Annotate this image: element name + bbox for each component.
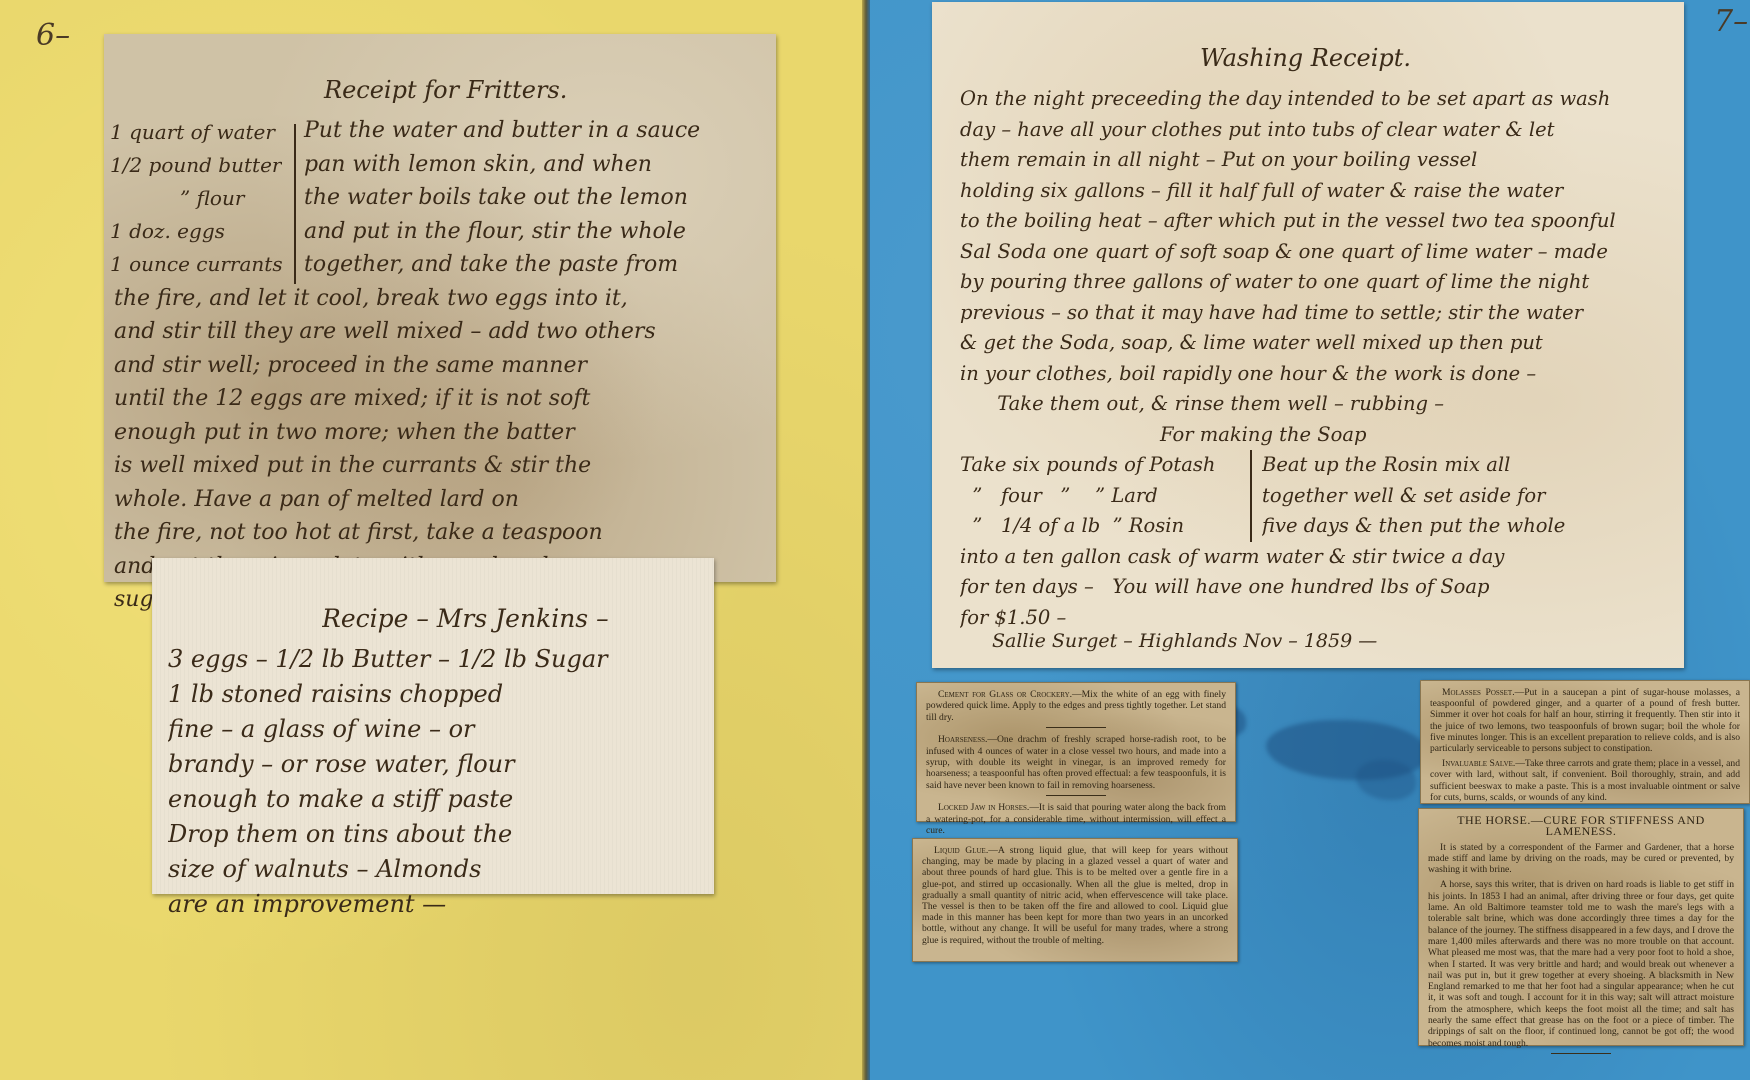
fritters-title: Receipt for Fritters. bbox=[324, 76, 567, 104]
clipping-title: THE HORSE.—CURE FOR STIFFNESS AND LAMENE… bbox=[1428, 815, 1734, 838]
recipe-line: whole. Have a pan of melted lard on bbox=[104, 483, 776, 517]
soap-instruction: together well & set aside for bbox=[1262, 481, 1565, 512]
receipt-line: for $1.50 – bbox=[960, 603, 1680, 634]
clipping-crockery-hoarseness: Cement for Glass or Crockery.—Mix the wh… bbox=[916, 682, 1236, 822]
recipe-line: fine – a glass of wine – or bbox=[168, 712, 708, 747]
receipt-line: into a ten gallon cask of warm water & s… bbox=[960, 542, 1680, 573]
water-stain bbox=[1356, 760, 1416, 800]
receipt-line: day – have all your clothes put into tub… bbox=[960, 115, 1680, 146]
washing-body: On the night preceeding the day intended… bbox=[960, 84, 1680, 633]
recipe-line: enough to make a stiff paste bbox=[168, 782, 708, 817]
recipe-line: size of walnuts – Almonds bbox=[168, 852, 708, 887]
clipping-heading: Molasses Posset. bbox=[1442, 687, 1515, 698]
page-number-left: 6– bbox=[36, 18, 70, 53]
soap-ingredient: Take six pounds of Potash bbox=[960, 450, 1250, 481]
recipe-line: brandy – or rose water, flour bbox=[168, 747, 708, 782]
divider-rule bbox=[1551, 1053, 1611, 1054]
receipt-line: holding six gallons – fill it half full … bbox=[960, 176, 1680, 207]
receipt-line: On the night preceeding the day intended… bbox=[960, 84, 1680, 115]
recipe-line: the fire, not too hot at first, take a t… bbox=[104, 516, 776, 550]
recipe-line: and stir till they are well mixed – add … bbox=[104, 315, 776, 349]
fritters-recipe-sheet: Receipt for Fritters. 1 quart of water 1… bbox=[104, 34, 776, 582]
receipt-line: in your clothes, boil rapidly one hour &… bbox=[960, 359, 1680, 390]
recipe-line: and stir well; proceed in the same manne… bbox=[104, 349, 776, 383]
soap-instruction: five days & then put the whole bbox=[1262, 511, 1565, 542]
clipping-paragraph: A horse, says this writer, that is drive… bbox=[1428, 879, 1734, 1048]
recipe-line: pan with lemon skin, and when bbox=[104, 148, 776, 182]
clipping-liquid-glue: Liquid Glue.—A strong liquid glue, that … bbox=[912, 838, 1238, 962]
receipt-line: for ten days – You will have one hundred… bbox=[960, 572, 1680, 603]
jenkins-title: Recipe – Mrs Jenkins – bbox=[322, 604, 609, 633]
receipt-line: & get the Soda, soap, & lime water well … bbox=[960, 328, 1680, 359]
clipping-heading: Cement for Glass or Crockery. bbox=[938, 689, 1072, 700]
receipt-line: to the boiling heat – after which put in… bbox=[960, 206, 1680, 237]
jenkins-recipe-sheet: Recipe – Mrs Jenkins – 3 eggs – 1/2 lb B… bbox=[152, 558, 714, 894]
receipt-line: Sal Soda one quart of soft soap & one qu… bbox=[960, 237, 1680, 268]
receipt-line: previous – so that it may have had time … bbox=[960, 298, 1680, 329]
soap-instructions: Beat up the Rosin mix all together well … bbox=[1252, 450, 1565, 542]
soap-heading: For making the Soap bbox=[960, 420, 1680, 451]
clipping-heading: Locked Jaw in Horses. bbox=[938, 802, 1029, 813]
soap-ingredients: Take six pounds of Potash ” four ” ” Lar… bbox=[960, 450, 1252, 542]
recipe-line: is well mixed put in the currants & stir… bbox=[104, 449, 776, 483]
jenkins-body: 3 eggs – 1/2 lb Butter – 1/2 lb Sugar 1 … bbox=[168, 642, 708, 922]
book-spine bbox=[862, 0, 870, 1080]
recipe-line: together, and take the paste from bbox=[104, 248, 776, 282]
recipe-line: 1 lb stoned raisins chopped bbox=[168, 677, 708, 712]
recipe-line: are an improvement — bbox=[168, 887, 708, 922]
page-number-right: 7– bbox=[1714, 4, 1748, 39]
signature: Sallie Surget – Highlands Nov – 1859 — bbox=[992, 630, 1377, 652]
receipt-line: Take them out, & rinse them well – rubbi… bbox=[960, 389, 1680, 420]
soap-ingredients-block: Take six pounds of Potash ” four ” ” Lar… bbox=[960, 450, 1680, 542]
soap-ingredient: ” four ” ” Lard bbox=[960, 481, 1250, 512]
soap-ingredient: ” 1/4 of a lb ” Rosin bbox=[960, 511, 1250, 542]
recipe-line: 3 eggs – 1/2 lb Butter – 1/2 lb Sugar bbox=[168, 642, 708, 677]
soap-instruction: Beat up the Rosin mix all bbox=[1262, 450, 1565, 481]
recipe-line: Drop them on tins about the bbox=[168, 817, 708, 852]
fritters-body: Put the water and butter in a sauce pan … bbox=[104, 114, 776, 617]
washing-title: Washing Receipt. bbox=[1200, 44, 1411, 72]
recipe-line: Put the water and butter in a sauce bbox=[104, 114, 776, 148]
recipe-line: until the 12 eggs are mixed; if it is no… bbox=[104, 382, 776, 416]
recipe-line: the fire, and let it cool, break two egg… bbox=[104, 282, 776, 316]
clipping-heading: Hoarseness. bbox=[938, 734, 987, 745]
clipping-text: —A strong liquid glue, that will keep fo… bbox=[922, 845, 1228, 946]
recipe-line: and put in the flour, stir the whole bbox=[104, 215, 776, 249]
recipe-line: the water boils take out the lemon bbox=[104, 181, 776, 215]
clipping-paragraph: It is stated by a correspondent of the F… bbox=[1428, 842, 1734, 876]
recipe-line: enough put in two more; when the batter bbox=[104, 416, 776, 450]
clipping-heading: Liquid Glue. bbox=[934, 845, 988, 856]
clipping-heading: Invaluable Salve. bbox=[1442, 758, 1515, 769]
washing-receipt-sheet: Washing Receipt. On the night preceeding… bbox=[932, 2, 1684, 668]
receipt-line: by pouring three gallons of water to one… bbox=[960, 267, 1680, 298]
receipt-line: them remain in all night – Put on your b… bbox=[960, 145, 1680, 176]
divider-rule bbox=[1046, 795, 1106, 796]
clipping-horse-lameness: THE HORSE.—CURE FOR STIFFNESS AND LAMENE… bbox=[1418, 808, 1744, 1046]
clipping-molasses-salve: Molasses Posset.—Put in a saucepan a pin… bbox=[1420, 680, 1750, 804]
divider-rule bbox=[1046, 727, 1106, 728]
